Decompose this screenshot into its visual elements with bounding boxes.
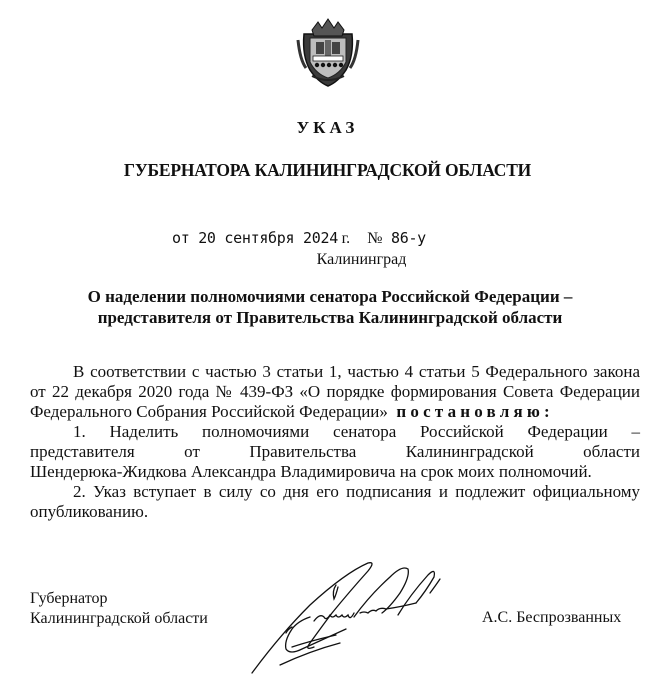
preamble-line-3-text: Федерального Собрания Российской Федерац… bbox=[30, 402, 388, 421]
heading-line-2: представителя от Правительства Калинингр… bbox=[40, 307, 620, 328]
preamble-line-3: Федерального Собрания Российской Федерац… bbox=[30, 402, 640, 422]
preamble-line-2: от 22 декабря 2020 года № 439-ФЗ «О поря… bbox=[30, 382, 640, 402]
signatory-name: А.С. Беспрозванных bbox=[482, 609, 621, 627]
date-year-suffix: г. bbox=[342, 230, 350, 247]
signatory-position: Губернатор Калининградской области bbox=[30, 589, 208, 629]
preamble-line-1: В соответствии с частью 3 статьи 1, част… bbox=[30, 362, 640, 382]
handwritten-signature-icon bbox=[250, 555, 450, 680]
item1-line-2: представителя от Правительства Калинингр… bbox=[30, 442, 640, 462]
coat-of-arms-icon bbox=[296, 16, 360, 88]
document-date-line: от 20 сентября 2024 г. № 86-у bbox=[172, 229, 426, 248]
item2-line-2: опубликованию. bbox=[30, 502, 640, 522]
document-subtitle: ГУБЕРНАТОРА КАЛИНИНГРАДСКОЙ ОБЛАСТИ bbox=[0, 160, 655, 181]
decree-word: постановляю: bbox=[396, 402, 554, 421]
date-day: 20 bbox=[198, 229, 215, 247]
document-number: 86-у bbox=[391, 229, 426, 247]
number-sign: № bbox=[367, 230, 382, 247]
position-line-1: Губернатор bbox=[30, 589, 208, 609]
document-heading: О наделении полномочиями сенатора Россий… bbox=[40, 286, 620, 328]
item2-line-1: 2. Указ вступает в силу со дня его подпи… bbox=[30, 482, 640, 502]
date-prefix: от bbox=[172, 229, 189, 247]
date-month: сентября bbox=[224, 229, 294, 247]
item1-line-3: Шендерюка-Жидкова Александра Владимирови… bbox=[30, 462, 640, 482]
document-city: Калининград bbox=[0, 251, 655, 269]
document-title: УКАЗ bbox=[0, 118, 655, 138]
item1-line-1: 1. Наделить полномочиями сенатора Россий… bbox=[30, 422, 640, 442]
position-line-2: Калининградской области bbox=[30, 609, 208, 629]
document-body: В соответствии с частью 3 статьи 1, част… bbox=[30, 362, 640, 522]
date-year: 2024 bbox=[303, 229, 338, 247]
heading-line-1: О наделении полномочиями сенатора Россий… bbox=[40, 286, 620, 307]
